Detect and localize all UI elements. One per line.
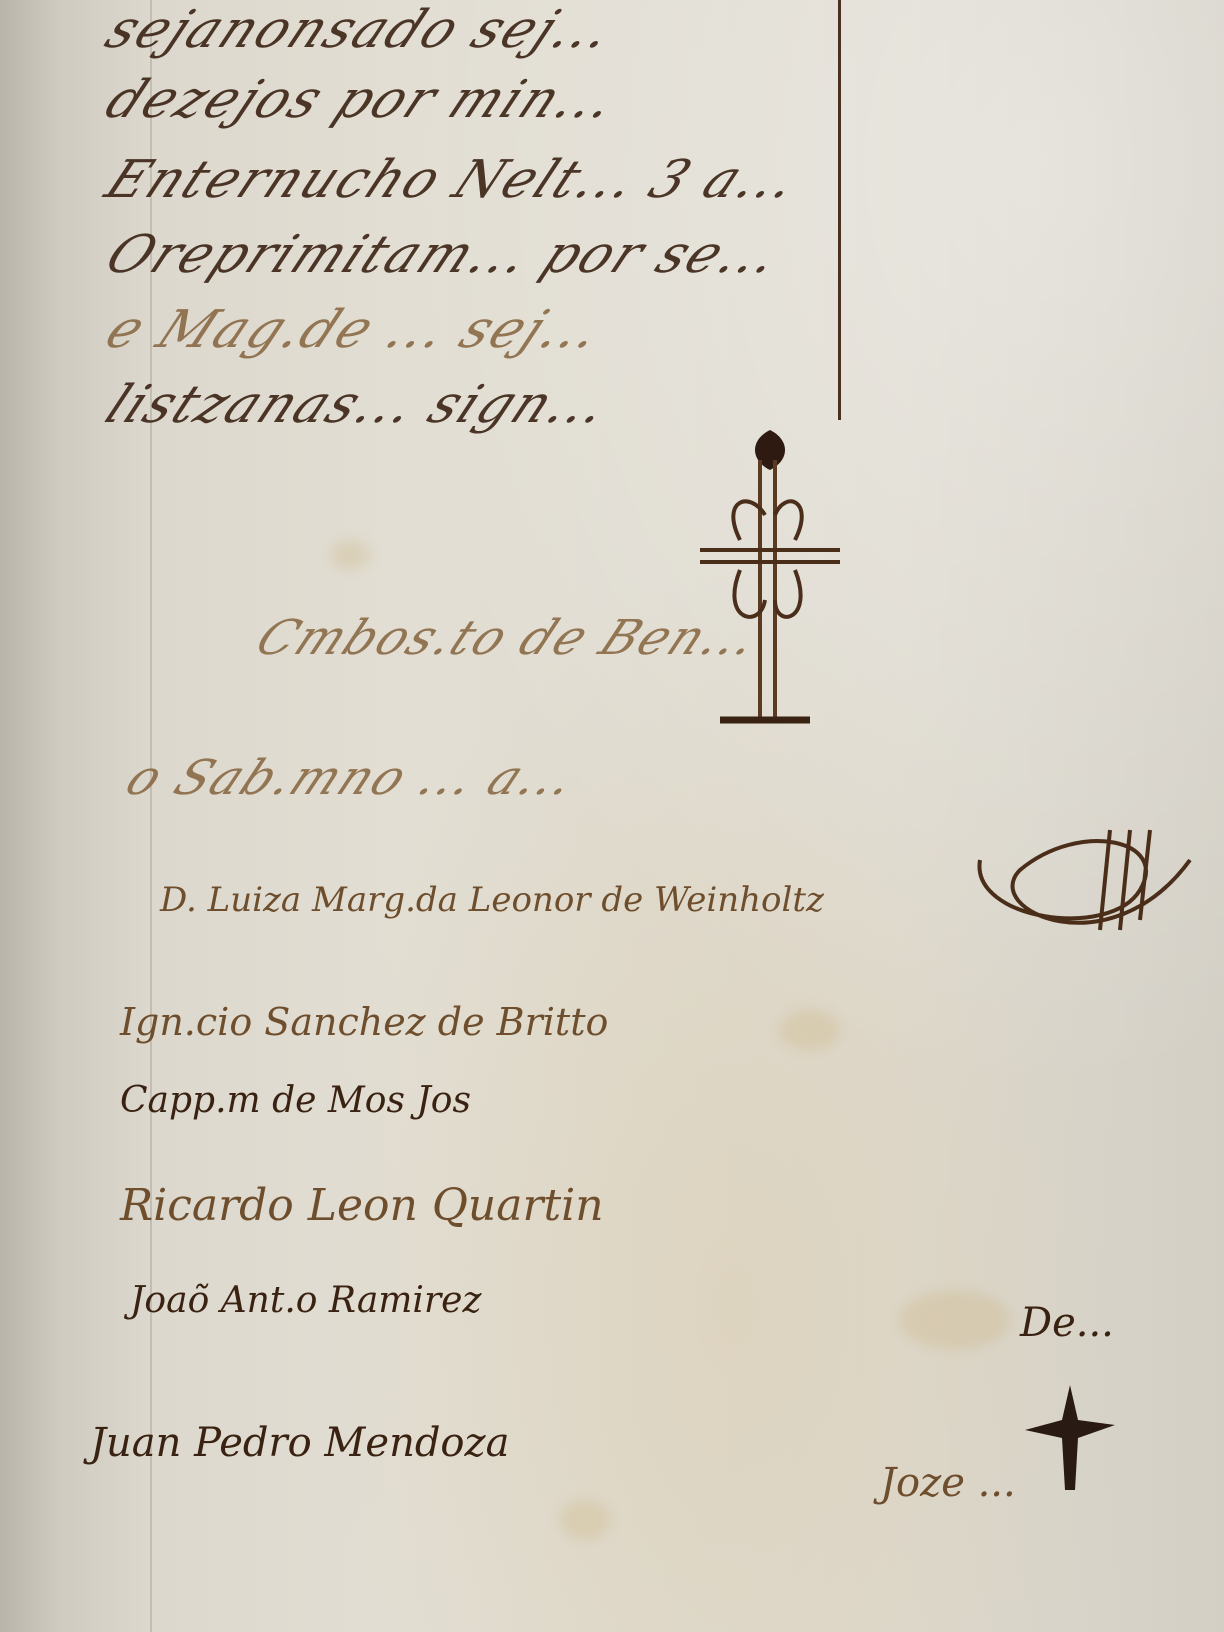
signature-4: Ricardo Leon Quartin bbox=[120, 1180, 604, 1231]
cross-mark-bottom bbox=[1020, 1380, 1120, 1500]
body-line-4: Oreprimitam... por se... bbox=[96, 225, 791, 285]
closing-line-2: o Sab.mno ... a... bbox=[117, 750, 587, 806]
signature-8: Joze ... bbox=[880, 1460, 1016, 1506]
signature-1: D. Luiza Marg.da Leonor de Weinholtz bbox=[160, 880, 824, 920]
signature-3: Capp.m de Mos Jos bbox=[120, 1080, 471, 1121]
ink-rule-line bbox=[838, 0, 841, 420]
closing-line-1: Cmbos.to de Ben... bbox=[247, 610, 769, 666]
body-line-5: e Mag.de ... sej... bbox=[96, 300, 613, 360]
signature-5: Joaõ Ant.o Ramirez bbox=[130, 1280, 481, 1321]
signature-2: Ign.cio Sanchez de Britto bbox=[120, 1000, 608, 1044]
stain bbox=[560, 1500, 610, 1540]
stain bbox=[780, 1010, 840, 1050]
signature-6: Juan Pedro Mendoza bbox=[90, 1420, 509, 1466]
stain bbox=[330, 540, 370, 570]
manuscript-page: sejanonsado sej... dezejos por min... En… bbox=[0, 0, 1224, 1632]
body-line-6: listzanas... sign... bbox=[96, 375, 620, 435]
rubric-flourish bbox=[960, 800, 1220, 980]
body-line-1: sejanonsado sej... bbox=[96, 0, 625, 60]
cross-mark-top bbox=[680, 420, 860, 750]
signature-7: De... bbox=[1020, 1300, 1114, 1346]
body-line-3: Enternucho Nelt... 3 a... bbox=[96, 150, 810, 210]
body-line-2: dezejos por min... bbox=[96, 70, 628, 130]
stain bbox=[900, 1290, 1010, 1350]
